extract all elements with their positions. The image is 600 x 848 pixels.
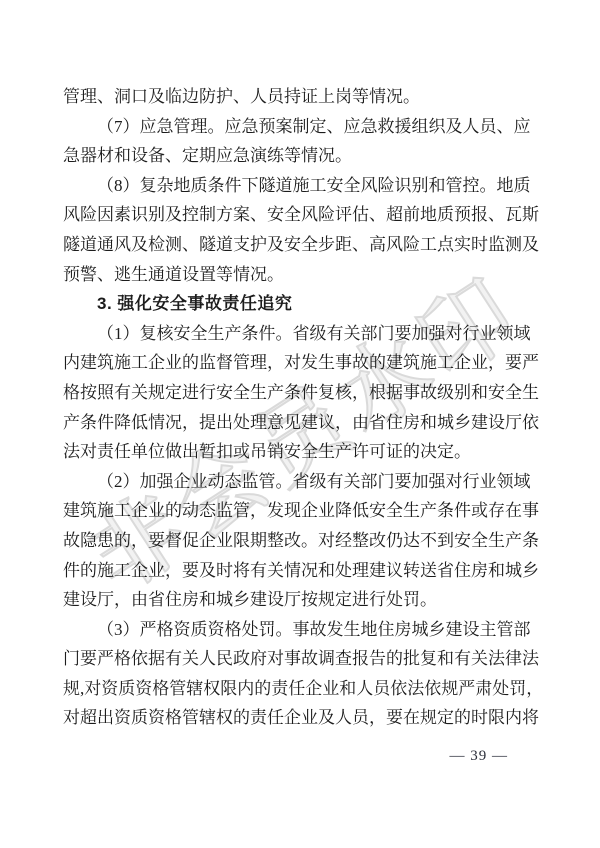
text-line: 管理、洞口及临边防护、人员持证上岗等情况。	[63, 82, 541, 112]
text-line: （7）应急管理。应急预案制定、应急救援组织及人员、应	[63, 112, 541, 142]
text-line: 急器材和设备、定期应急演练等情况。	[63, 141, 541, 171]
document-page: 非会员水印 管理、洞口及临边防护、人员持证上岗等情况。（7）应急管理。应急预案制…	[0, 0, 600, 848]
text-line: 预警、逃生通道设置等情况。	[63, 260, 541, 290]
text-line: 门要严格依据有关人民政府对事故调查报告的批复和有关法律法	[63, 644, 541, 674]
page-number: — 39 —	[450, 744, 509, 768]
text-line: （3）严格资质资格处罚。事故发生地住房城乡建设主管部	[63, 615, 541, 645]
text-line: 建设厅，由省住房和城乡建设厅按规定进行处罚。	[63, 585, 541, 615]
paragraph: 管理、洞口及临边防护、人员持证上岗等情况。	[63, 82, 541, 112]
text-line: 隧道通风及检测、隧道支护及安全步距、高风险工点实时监测及	[63, 230, 541, 260]
paragraph: （7）应急管理。应急预案制定、应急救援组织及人员、应急器材和设备、定期应急演练等…	[63, 112, 541, 171]
section-heading: 3. 强化安全事故责任追究	[63, 289, 541, 319]
text-line: 法对责任单位做出暂扣或吊销安全生产许可证的决定。	[63, 437, 541, 467]
text-line: （2）加强企业动态监管。省级有关部门要加强对行业领域	[63, 467, 541, 497]
paragraph: （2）加强企业动态监管。省级有关部门要加强对行业领域建筑施工企业的动态监管，发现…	[63, 467, 541, 615]
text-line: 故隐患的，要督促企业限期整改。对经整改仍达不到安全生产条	[63, 526, 541, 556]
text-line: 风险因素识别及控制方案、安全风险评估、超前地质预报、瓦斯	[63, 200, 541, 230]
text-line: 产条件降低情况，提出处理意见建议，由省住房和城乡建设厅依	[63, 408, 541, 438]
text-line: 3. 强化安全事故责任追究	[63, 289, 541, 319]
paragraph: （1）复核安全生产条件。省级有关部门要加强对行业领域内建筑施工企业的监督管理，对…	[63, 319, 541, 467]
text-line: 对超出资质资格管辖权的责任企业及人员，要在规定的时限内将	[63, 703, 541, 733]
paragraph: （3）严格资质资格处罚。事故发生地住房城乡建设主管部门要严格依据有关人民政府对事…	[63, 615, 541, 733]
document-body: 管理、洞口及临边防护、人员持证上岗等情况。（7）应急管理。应急预案制定、应急救援…	[63, 82, 541, 733]
text-line: 件的施工企业，要及时将有关情况和处理建议转送省住房和城乡	[63, 556, 541, 586]
paragraph: （8）复杂地质条件下隧道施工安全风险识别和管控。地质风险因素识别及控制方案、安全…	[63, 171, 541, 289]
text-line: （1）复核安全生产条件。省级有关部门要加强对行业领域	[63, 319, 541, 349]
text-line: 内建筑施工企业的监督管理，对发生事故的建筑施工企业，要严	[63, 348, 541, 378]
text-line: 格按照有关规定进行安全生产条件复核，根据事故级别和安全生	[63, 378, 541, 408]
text-line: 规,对资质资格管辖权限内的责任企业和人员依法依规严肃处罚，	[63, 674, 541, 704]
text-line: （8）复杂地质条件下隧道施工安全风险识别和管控。地质	[63, 171, 541, 201]
text-line: 建筑施工企业的动态监管，发现企业降低安全生产条件或存在事	[63, 496, 541, 526]
